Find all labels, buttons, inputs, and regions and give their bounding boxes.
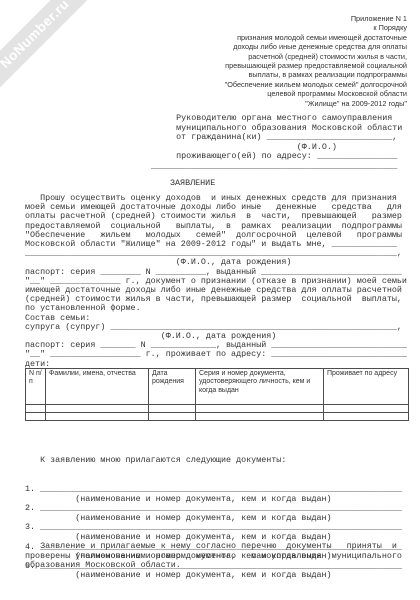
documents-list-intro: К заявлению мною прилагаются следующие д… <box>25 456 402 466</box>
children-table-cell <box>26 405 46 413</box>
children-table-cell <box>26 413 46 421</box>
children-table-header-cell: Проживает по адресу <box>324 369 409 405</box>
children-table: N п/пФамилии, имена, отчестваДата рожден… <box>25 368 409 421</box>
children-table-cell <box>149 405 196 413</box>
text-line: выплаты, в рамках реализации подпрограмм… <box>107 70 407 79</box>
text-line: "__" __________________ г., проживает по… <box>25 350 407 359</box>
text-line: "Обеспечение жильем молодых семей" долго… <box>107 80 407 89</box>
children-table-cell <box>324 413 409 421</box>
children-table-cell <box>196 413 324 421</box>
text-line: "Жилище" на 2009-2012 годы" <box>107 99 407 108</box>
children-table-header-cell: Фамилии, имена, отчества <box>46 369 149 405</box>
text-line: Приложение N 1 <box>107 14 407 23</box>
children-table-cell <box>149 413 196 421</box>
form-title: ЗАЯВЛЕНИЕ <box>170 179 215 188</box>
children-table-row <box>26 405 409 413</box>
children-table-header-cell: Дата рождения <box>149 369 196 405</box>
document-item-caption: (наименование и номер документа, кем и к… <box>25 571 402 581</box>
children-table-cell <box>324 405 409 413</box>
text-line: ________________________________________… <box>151 162 402 172</box>
children-table-row <box>26 413 409 421</box>
application-form-page: NoNumber.ru Приложение N 1к Порядкупризн… <box>0 0 420 600</box>
appendix-header: Приложение N 1к Порядкупризнания молодой… <box>107 14 407 108</box>
watermark-ribbon: NoNumber.ru <box>0 0 97 96</box>
children-table-cell <box>196 405 324 413</box>
children-table-header-cell: Серия и номер документа, удостоверяющего… <box>196 369 324 405</box>
text-line: расчетной (средней) стоимости жилья в ча… <box>107 52 407 61</box>
children-table-head: N п/пФамилии, имена, отчестваДата рожден… <box>26 369 409 405</box>
children-table-cell <box>46 405 149 413</box>
text-line: целевой программы Московской области <box>107 89 407 98</box>
watermark-text: NoNumber.ru <box>0 0 72 71</box>
addressee-block: Руководителю органа местного самоуправле… <box>151 114 402 172</box>
acceptance-note: Заявление и прилагаемые к нему согласно … <box>25 542 402 571</box>
application-body-text: Прошу осуществить оценку доходов и иных … <box>25 194 407 369</box>
text-line: превышающей размер предоставляемой социа… <box>107 61 407 70</box>
documents-list: К заявлению мною прилагаются следующие д… <box>25 437 402 600</box>
children-table-cell <box>46 413 149 421</box>
text-line: к Порядку <box>107 23 407 32</box>
children-table-header-cell: N п/п <box>26 369 46 405</box>
children-table-body <box>26 405 409 421</box>
text-line: признания молодой семьи имеющей достаточ… <box>107 33 407 42</box>
text-line: доходы либо иные денежные средства для о… <box>107 42 407 51</box>
text-line: образования Московской области. <box>25 561 402 571</box>
